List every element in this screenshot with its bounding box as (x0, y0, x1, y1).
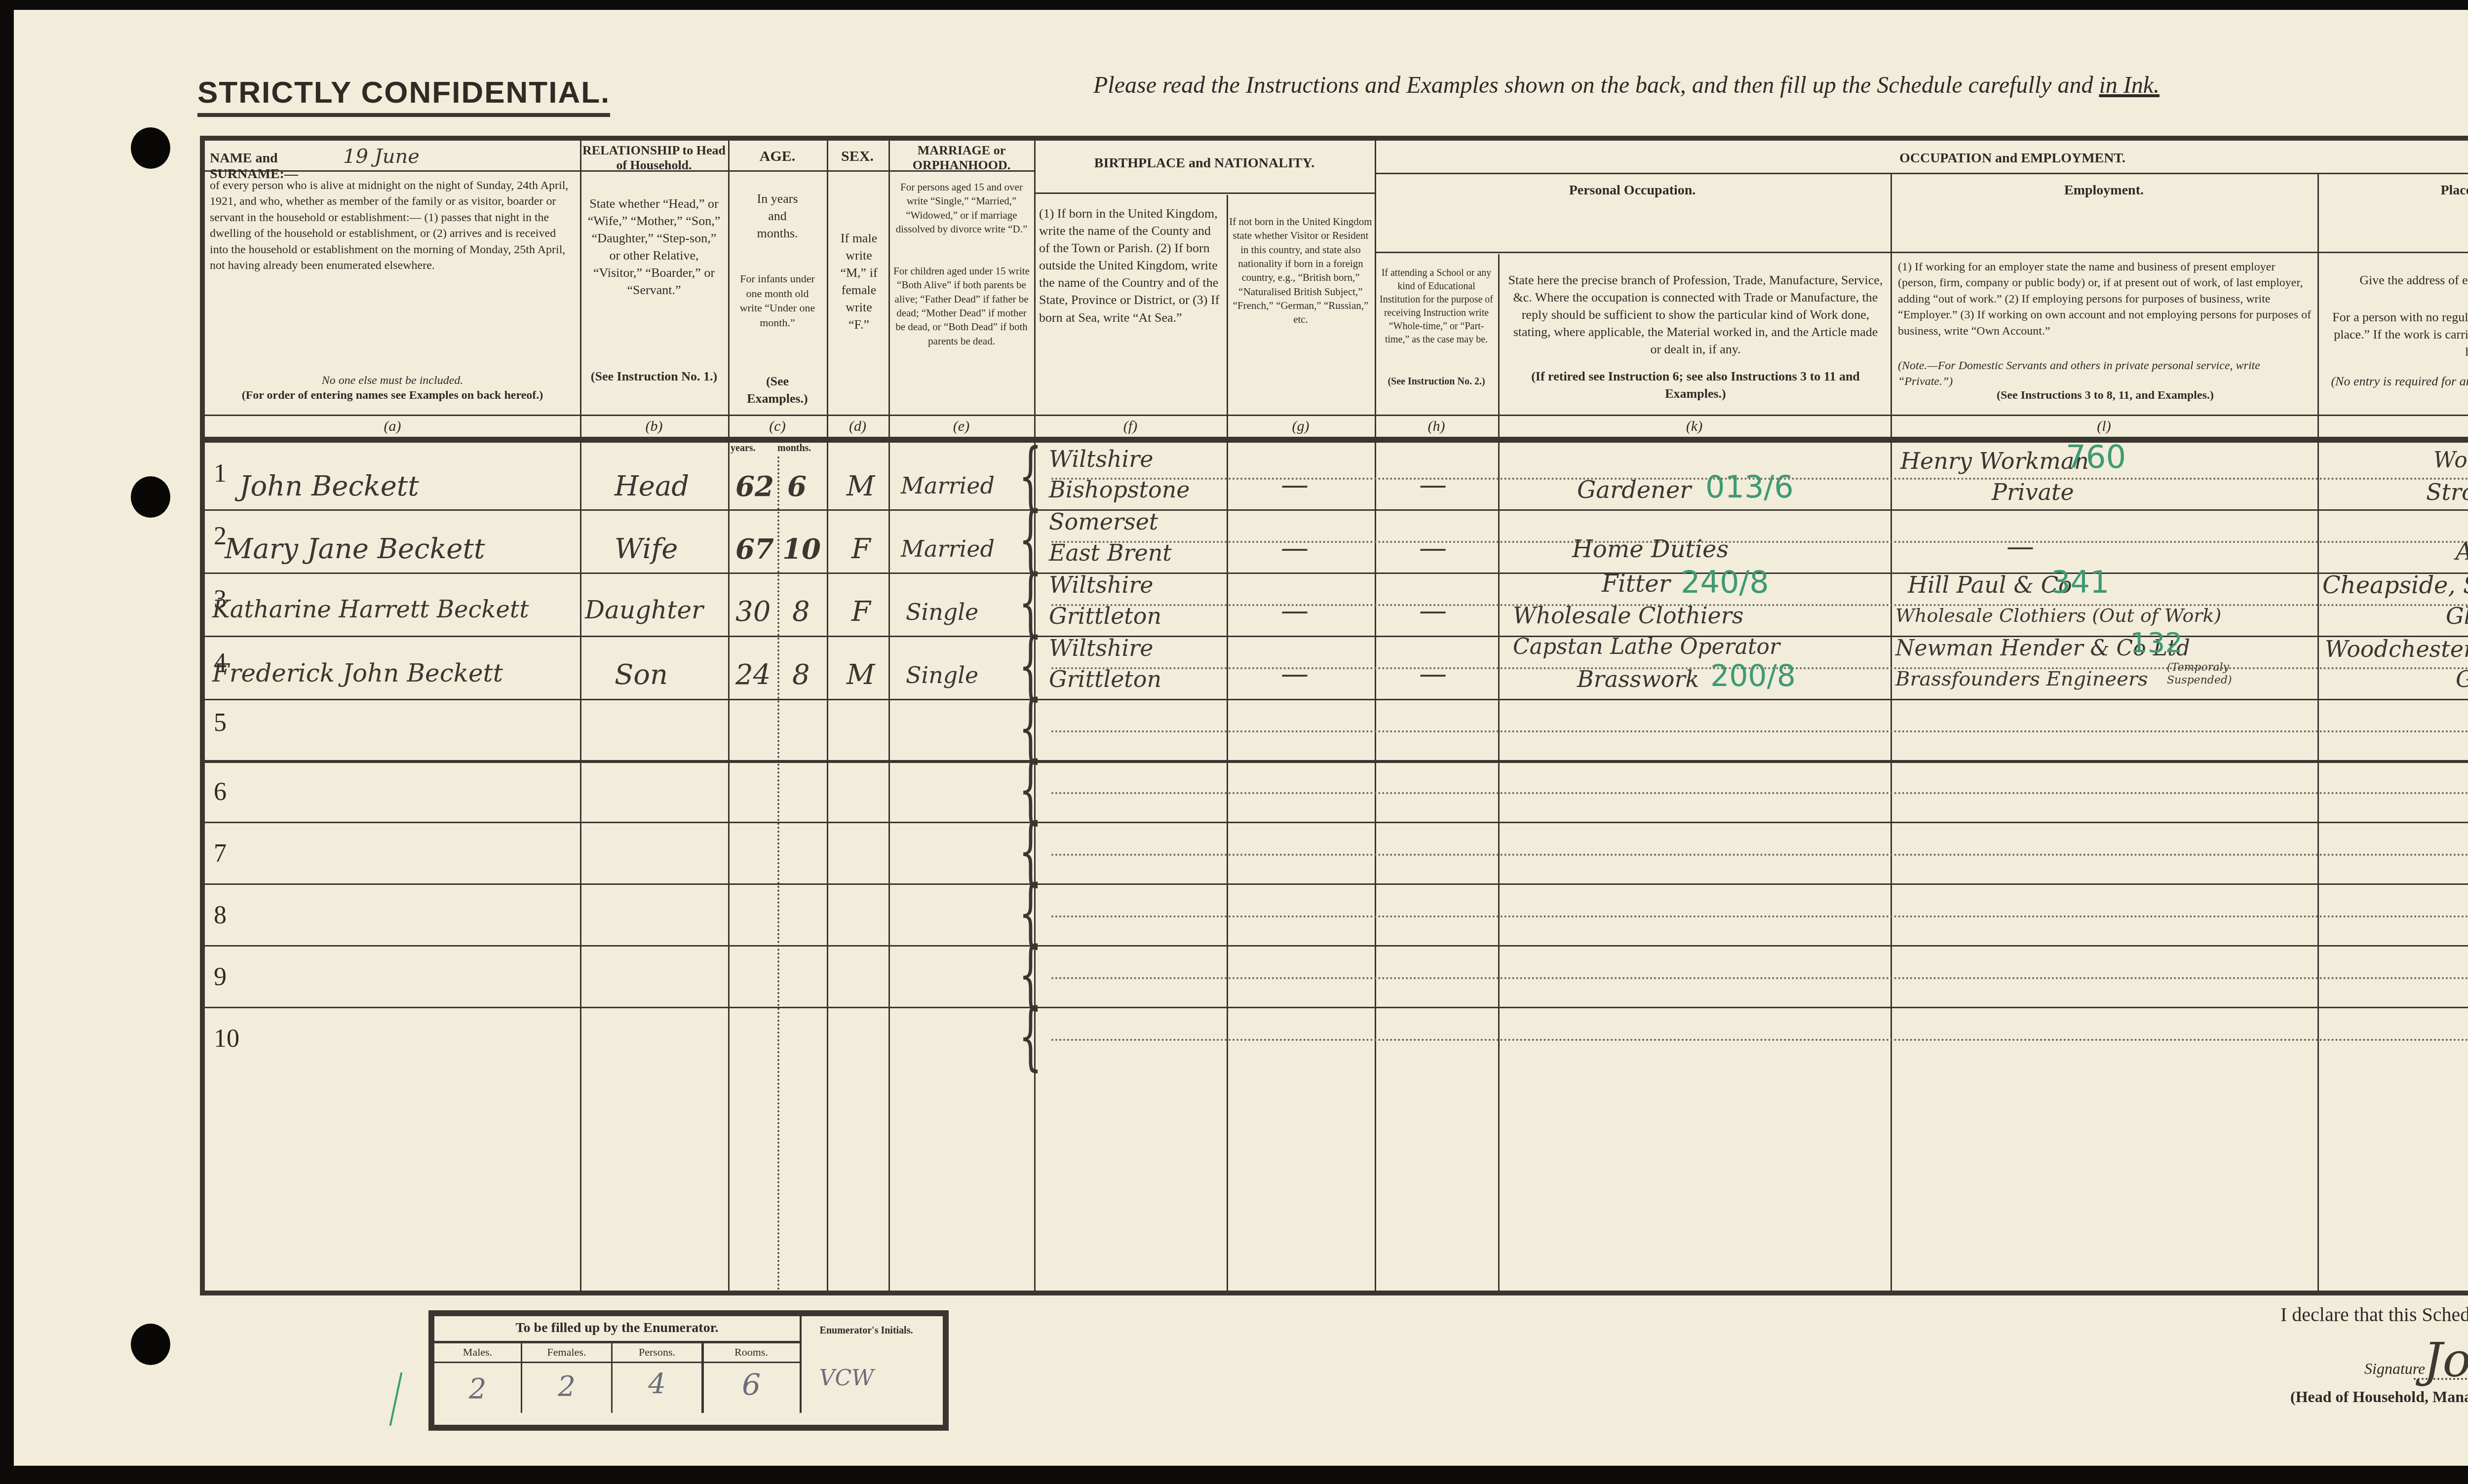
col-divider-h-k (1498, 254, 1500, 1291)
person-4-birth-town: Grittleton (1049, 666, 1161, 692)
row-rule-7 (205, 883, 2468, 885)
col-e-title: MARRIAGE or ORPHANHOOD. (890, 143, 1033, 173)
row-number: 1 (214, 459, 227, 488)
row-8-midline (1051, 915, 2468, 917)
person-2-birth-county: Somerset (1049, 508, 1158, 535)
col-e-text2: For children aged under 15 write “Both A… (892, 264, 1031, 348)
col-letter-a: (a) (205, 418, 580, 435)
person-3-occupation-line2: Wholesale Clothiers (1513, 602, 1743, 629)
person-2-nationality: — (1281, 532, 1309, 564)
col-c-text: In years and months. (748, 190, 807, 242)
person-1-birth-town: Bishopstone (1049, 476, 1190, 503)
col-a-annotation: 19 June (343, 143, 420, 170)
person-1-nationality: — (1281, 469, 1309, 501)
header-rule-f (1034, 192, 1375, 194)
person-3-workplace: Cheapside, Stroud (2322, 571, 2468, 599)
person-1-birth-county: Wiltshire (1049, 446, 1154, 472)
person-2-sex: F (851, 533, 871, 565)
summary-divider (434, 1341, 800, 1343)
col-letter-c: (c) (728, 418, 827, 435)
person-4-age-months: 8 (792, 659, 810, 691)
summary-females-value: 2 (522, 1370, 611, 1403)
person-4-sex: M (847, 659, 875, 691)
col-a-note2: (For order of entering names see Example… (210, 387, 575, 403)
col-l-note2: (See Instructions 3 to 8, 11, and Exampl… (1898, 387, 2313, 403)
summary-males-value: 2 (434, 1373, 521, 1405)
col-m-text2: For a person with no regular place of wo… (2325, 308, 2468, 360)
row-number: 10 (214, 1024, 239, 1053)
col-m-title: Place of Work. (2320, 183, 2468, 198)
row-6-midline (1051, 792, 2468, 794)
col-f-text: (1) If born in the United Kingdom, write… (1039, 205, 1222, 326)
col-l-note: (Note.—For Domestic Servants and others … (1898, 358, 2313, 390)
person-1-occupation: Gardener (1577, 476, 1691, 504)
col-letter-d: (d) (827, 418, 888, 435)
person-2-name: Mary Jane Beckett (225, 533, 485, 565)
person-3-workplace-line2: Glos (2446, 603, 2468, 629)
summary-heading: To be filled up by the Enumerator. (434, 1320, 800, 1336)
col-divider-g-h (1375, 141, 1376, 1291)
summary-persons-value: 4 (613, 1368, 701, 1400)
person-4-occupation-line2: Brasswork (1577, 666, 1699, 692)
person-2-workplace-line2: At Home (2456, 538, 2468, 566)
person-4-employer-code: 132 (2130, 627, 2183, 659)
summary-rooms-label: Rooms. (703, 1346, 800, 1359)
col-b-text: State whether “Head,” or “Wife,” “Mother… (585, 195, 723, 299)
person-2-age-months: 10 (782, 533, 821, 566)
row-rule-1 (205, 509, 2468, 511)
col-c-note: (See Examples.) (735, 373, 819, 407)
summary-males-label: Males. (434, 1346, 521, 1359)
person-3-employer-code: 341 (2051, 564, 2109, 600)
row-number: 6 (214, 777, 227, 806)
col-l-text: (1) If working for an employer state the… (1898, 259, 2313, 339)
instructions-text: Please read the Instructions and Example… (1093, 72, 2093, 98)
col-c-text2: For infants under one month old write “U… (735, 271, 819, 330)
person-3-employer-line2: Wholesale Clothiers (Out of Work) (1895, 605, 2221, 626)
person-3-sex: F (851, 596, 871, 628)
summary-initials-divider (800, 1316, 802, 1413)
row-rule-5 (205, 760, 2468, 763)
row-rule-6 (205, 822, 2468, 823)
declaration-text: I declare that this Schedule is correctl… (2280, 1303, 2468, 1326)
col-g-text: If not born in the United Kingdom state … (1229, 215, 1372, 327)
person-4-occupation-code: 200/8 (1710, 659, 1796, 693)
age-divider (777, 457, 779, 1291)
summary-initials-label: Enumerator's Initials. (802, 1325, 930, 1336)
row-number: 7 (214, 839, 227, 868)
person-4-birth-county: Wiltshire (1049, 635, 1154, 661)
col-h-note: (See Instruction No. 2.) (1377, 375, 1496, 388)
birthplace-brace-10: { (1019, 999, 1042, 1073)
summary-females-label: Females. (522, 1346, 611, 1359)
person-3-birth-county: Wiltshire (1049, 571, 1154, 598)
col-d-title: SEX. (828, 148, 887, 165)
col-k-text: State here the precise branch of Profess… (1508, 271, 1883, 358)
col-h-text: If attending a School or any kind of Edu… (1377, 266, 1496, 346)
person-4-workplace: Woodchester Stroud (2325, 636, 2468, 662)
age-years-label: years. (731, 442, 756, 455)
row-rule-8 (205, 945, 2468, 947)
row-rule-9 (205, 1007, 2468, 1008)
person-2-employer-line2: — (2006, 531, 2034, 563)
person-3-marriage: Single (906, 599, 978, 625)
header-rule-occ2 (1375, 252, 2468, 253)
person-3-age-years: 30 (735, 596, 771, 628)
col-m-note: (No entry is required for any person who… (2325, 373, 2468, 407)
person-3-occupation-code: 240/8 (1681, 564, 1769, 600)
row-2-midline (1051, 541, 2468, 543)
col-a-text: of every person who is alive at midnight… (210, 178, 575, 273)
person-1-relationship: Head (615, 470, 689, 502)
row-rule-4 (205, 699, 2468, 700)
summary-col-rule (434, 1362, 800, 1363)
row-rule-2 (205, 572, 2468, 574)
row-5-midline (1051, 730, 2468, 732)
row-number: 5 (214, 708, 227, 737)
person-1-sex: M (847, 470, 875, 502)
person-1-age-months: 6 (787, 470, 807, 503)
row-number: 8 (214, 901, 227, 930)
page-title: STRICTLY CONFIDENTIAL. (197, 75, 610, 117)
person-3-age-months: 8 (792, 596, 810, 628)
enumerator-initials-value: VCW (802, 1366, 891, 1391)
col-letter-g: (g) (1227, 418, 1375, 435)
punch-hole-bottom (131, 1324, 170, 1365)
person-1-employer-code: 760 (2066, 439, 2126, 476)
col-a-note: No one else must be included. (210, 373, 575, 388)
person-2-birth-town: East Brent (1049, 539, 1172, 566)
person-1-workplace: Woodchester (2433, 448, 2468, 473)
col-m-text: Give the address of each person’s place … (2325, 271, 2468, 289)
person-2-occupation: Home Duties (1572, 535, 1729, 563)
col-letter-m: (m) (2317, 418, 2468, 435)
col-divider-b-c (728, 141, 730, 1291)
group-birthplace-title: BIRTHPLACE and NATIONALITY. (1035, 155, 1374, 171)
row-7-midline (1051, 854, 2468, 856)
summary-persons-label: Persons. (613, 1346, 701, 1359)
person-2-relationship: Wife (615, 533, 678, 565)
enumerator-summary-box: To be filled up by the Enumerator. Enume… (428, 1310, 949, 1431)
person-3-employer: Hill Paul & Co (1908, 571, 2072, 598)
person-4-name: Frederick John Beckett (212, 659, 503, 687)
col-divider-d-e (888, 141, 890, 1291)
col-divider-a-b (580, 141, 581, 1291)
person-3-relationship: Daughter (585, 596, 703, 624)
person-3-name: Katharine Harrett Beckett (212, 596, 529, 623)
person-2-marriage: Married (901, 535, 995, 562)
col-b-note: (See Instruction No. 1.) (585, 368, 723, 385)
household-schedule-table: NAME and SURNAME:— 19 June of every pers… (200, 136, 2468, 1295)
age-months-label: months. (777, 442, 811, 455)
person-1-employer: Henry Workman (1900, 448, 2089, 474)
group-occupation-title: OCCUPATION and EMPLOYMENT. (1376, 151, 2468, 166)
col-b-title: RELATIONSHIP to Head of Household. (582, 143, 726, 173)
header-rule-occ (1375, 173, 2468, 174)
col-c-title: AGE. (729, 148, 826, 165)
col-divider-c-d (827, 141, 828, 1291)
person-4-nationality: — (1281, 658, 1309, 690)
col-k-title: Personal Occupation. (1376, 183, 1889, 198)
col-letter-b: (b) (580, 418, 728, 435)
person-1-workplace-line2: Stroud Glos (2426, 479, 2468, 505)
signature-label: Signature (2364, 1360, 2425, 1378)
col-e-text: For persons aged 15 and over write “Sing… (892, 180, 1031, 236)
col-divider-f-g (1227, 195, 1228, 1291)
person-4-employer-line2: Brassfounders Engineers (1895, 668, 2148, 690)
header-rule-letters (205, 415, 2468, 416)
person-4-education: — (1419, 658, 1447, 690)
col-d-text: If male write “M,” if female write “F.” (834, 229, 884, 334)
person-4-employer-note: (Temporaly Suspended) (2167, 661, 2236, 687)
signature-caption: (Head of Household, Manager of Establish… (2290, 1388, 2468, 1406)
person-4-workplace-line2: Glos (2456, 666, 2468, 692)
col-letter-e: (e) (888, 418, 1034, 435)
person-3-nationality: — (1281, 595, 1309, 627)
person-2-education: — (1419, 532, 1447, 564)
person-1-age-years: 62 (735, 470, 774, 503)
col-letter-l: (l) (1890, 418, 2317, 435)
person-3-birth-town: Grittleton (1049, 603, 1161, 629)
person-3-education: — (1419, 595, 1447, 627)
person-1-occupation-code: 013/6 (1705, 469, 1794, 505)
row-3-midline (1051, 604, 2468, 606)
person-2-age-years: 67 (735, 533, 774, 566)
row-number: 9 (214, 962, 227, 991)
person-3-occupation: Fitter (1602, 570, 1670, 598)
signature-value: John Beckett (2424, 1332, 2468, 1388)
row-9-midline (1051, 977, 2468, 979)
person-4-marriage: Single (906, 662, 978, 688)
instructions-line: Please read the Instructions and Example… (1093, 72, 2159, 99)
col-k-note: (If retired see Instruction 6; see also … (1508, 368, 1883, 402)
row-10-midline (1051, 1039, 2468, 1041)
person-1-education: — (1419, 469, 1447, 501)
person-1-marriage: Married (901, 472, 995, 499)
person-1-name: John Beckett (239, 470, 419, 502)
person-4-occupation: Capstan Lathe Operator (1513, 634, 1780, 659)
punch-hole-top (131, 127, 170, 169)
instructions-in-ink: in Ink. (2099, 72, 2159, 98)
person-4-age-years: 24 (735, 659, 771, 691)
col-l-title: Employment. (1893, 183, 2315, 198)
punch-hole-middle (131, 476, 170, 518)
col-letter-f: (f) (1034, 418, 1227, 435)
col-letter-h: (h) (1375, 418, 1498, 435)
person-1-employer-line2: Private (1992, 479, 2074, 505)
col-letter-k: (k) (1498, 418, 1890, 435)
summary-rooms-value: 6 (703, 1368, 800, 1403)
person-4-relationship: Son (615, 659, 668, 691)
header-bottom-rule (205, 437, 2468, 443)
